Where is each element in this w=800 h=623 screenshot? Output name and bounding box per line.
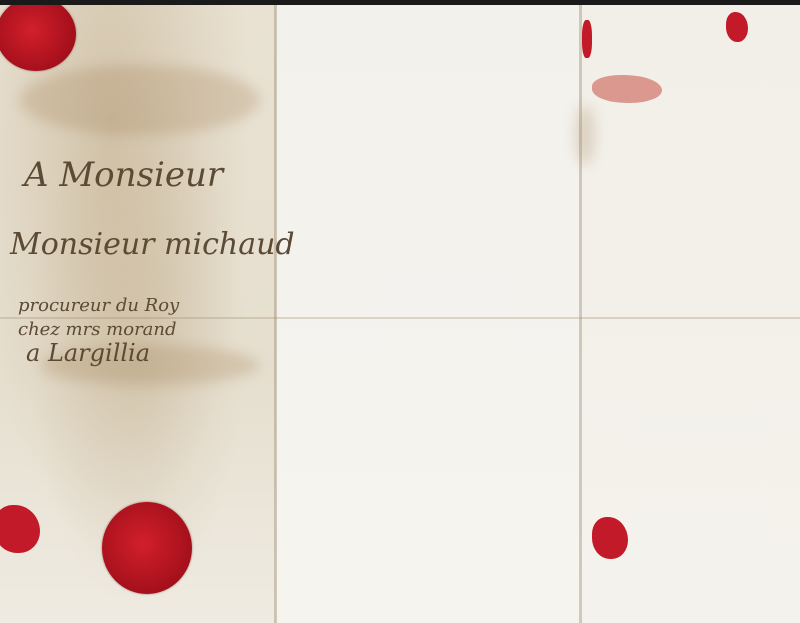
wax-seal-fragment — [726, 12, 748, 42]
wax-seal — [102, 502, 192, 594]
wax-seal-fragment — [592, 517, 628, 559]
fold-line — [579, 5, 582, 623]
wax-residue — [592, 75, 662, 103]
address-line: chez mrs morand — [18, 319, 177, 340]
address-line: Monsieur michaud — [10, 227, 295, 262]
stain — [20, 65, 260, 135]
fold-line — [274, 5, 277, 623]
wax-seal-fragment — [582, 20, 592, 58]
letter-paper: A Monsieur Monsieur michaud procureur du… — [0, 5, 800, 623]
address-line: A Monsieur — [24, 155, 223, 195]
address-line: procureur du Roy — [18, 295, 179, 316]
middle-panel — [276, 5, 581, 623]
address-line: a Largillia — [26, 339, 150, 367]
stain — [575, 105, 595, 165]
